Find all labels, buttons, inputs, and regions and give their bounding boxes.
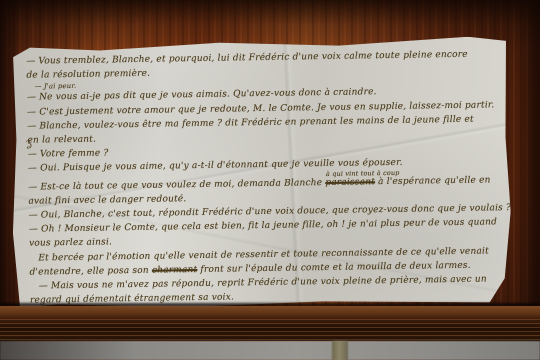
text-segment: de la résolution première. (26, 69, 150, 81)
text-segment: d'entendre, elle posa son (29, 266, 152, 278)
photo-of-manuscript: ʓ — Vous tremblez, Blanche, et pourquoi,… (0, 0, 540, 360)
table-front-edge (0, 303, 540, 360)
manuscript-paper: ʓ — Vous tremblez, Blanche, et pourquoi,… (10, 36, 512, 310)
text-segment: avait fini avec le danger redouté. (28, 194, 186, 206)
text-segment: à l'espérance qu'elle en (375, 175, 491, 187)
text-segment: vous parlez ainsi. (29, 238, 112, 249)
text-segment: — Est-ce là tout ce que vous voulez de m… (28, 178, 325, 193)
shelf-wood-edge (0, 319, 540, 341)
table-leg (332, 341, 348, 360)
text-segment: en la relevant. (27, 135, 96, 146)
text-segment: — Votre femme ? (28, 149, 109, 160)
blurred-floor-background (0, 341, 540, 360)
strikethrough-text: charmant (152, 265, 198, 276)
strikethrough-text: paraissant (325, 177, 375, 188)
manuscript-text: — Vous tremblez, Blanche, et pourquoi, l… (10, 36, 512, 310)
shelf-top-surface (0, 306, 540, 319)
